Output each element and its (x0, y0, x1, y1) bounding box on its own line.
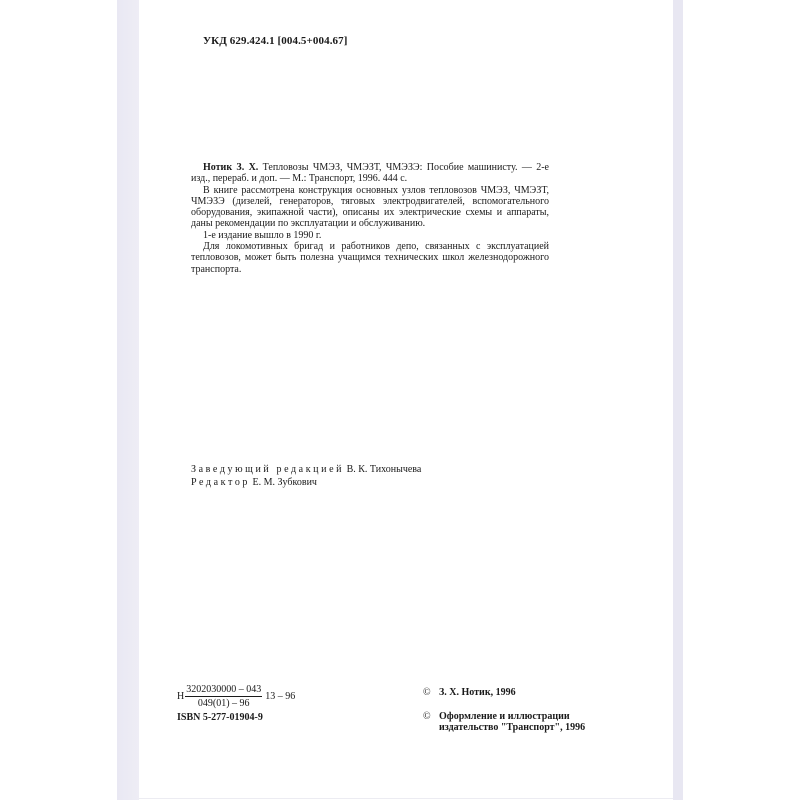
citation-paragraph: Нотик З. Х. Тепловозы ЧМЭЗ, ЧМЭЗТ, ЧМЭЗЭ… (191, 162, 549, 185)
audience-paragraph: Для локомотивных бригад и работников деп… (191, 241, 549, 275)
bibliographic-abstract: Нотик З. Х. Тепловозы ЧМЭЗ, ЧМЭЗТ, ЧМЭЗЭ… (191, 162, 549, 275)
catalog-code: Н 3202030000 – 043 049(01) – 96 13 – 96 (177, 684, 295, 709)
catalog-code-prefix: Н (177, 691, 184, 702)
catalog-code-fraction: 3202030000 – 043 049(01) – 96 (185, 684, 262, 709)
author-name: Нотик З. Х. (203, 162, 258, 173)
editor-name: Е. М. Зубкович (253, 477, 317, 488)
catalog-code-numerator: 3202030000 – 043 (185, 684, 262, 697)
catalog-code-suffix: 13 – 96 (265, 691, 295, 702)
chief-editor-name: В. К. Тихонычева (347, 464, 422, 475)
book-page: УКД 629.424.1 [004.5+004.67] Нотик З. Х.… (139, 0, 673, 799)
copyright-author: © З. Х. Нотик, 1996 (423, 687, 516, 698)
page-shadow-right (673, 0, 683, 800)
chief-editor-role: Заведующий редакцией (191, 464, 344, 475)
copyright-icon: © (423, 687, 439, 698)
editor-line: Редактор Е. М. Зубкович (191, 476, 421, 489)
first-edition-note: 1-е издание вышло в 1990 г. (191, 230, 549, 241)
copyright-publisher: © Оформление и иллюстрации издательство … (423, 711, 585, 733)
editorial-credits: Заведующий редакцией В. К. Тихонычева Ре… (191, 463, 421, 489)
isbn: ISBN 5-277-01904-9 (177, 712, 263, 723)
editor-role: Редактор (191, 477, 250, 488)
udk-code: УКД 629.424.1 [004.5+004.67] (203, 35, 348, 47)
copyright-publisher-text: Оформление и иллюстрации издательство "Т… (439, 711, 585, 733)
copyright-publisher-line2: издательство "Транспорт", 1996 (439, 722, 585, 733)
chief-editor-line: Заведующий редакцией В. К. Тихонычева (191, 463, 421, 476)
document-viewer: УКД 629.424.1 [004.5+004.67] Нотик З. Х.… (0, 0, 800, 800)
page-shadow-left (117, 0, 139, 800)
copyright-author-text: З. Х. Нотик, 1996 (439, 687, 516, 698)
copyright-publisher-line1: Оформление и иллюстрации (439, 711, 570, 722)
catalog-code-denominator: 049(01) – 96 (198, 697, 250, 709)
description-paragraph: В книге рассмотрена конструкция основных… (191, 185, 549, 230)
copyright-icon: © (423, 711, 439, 733)
